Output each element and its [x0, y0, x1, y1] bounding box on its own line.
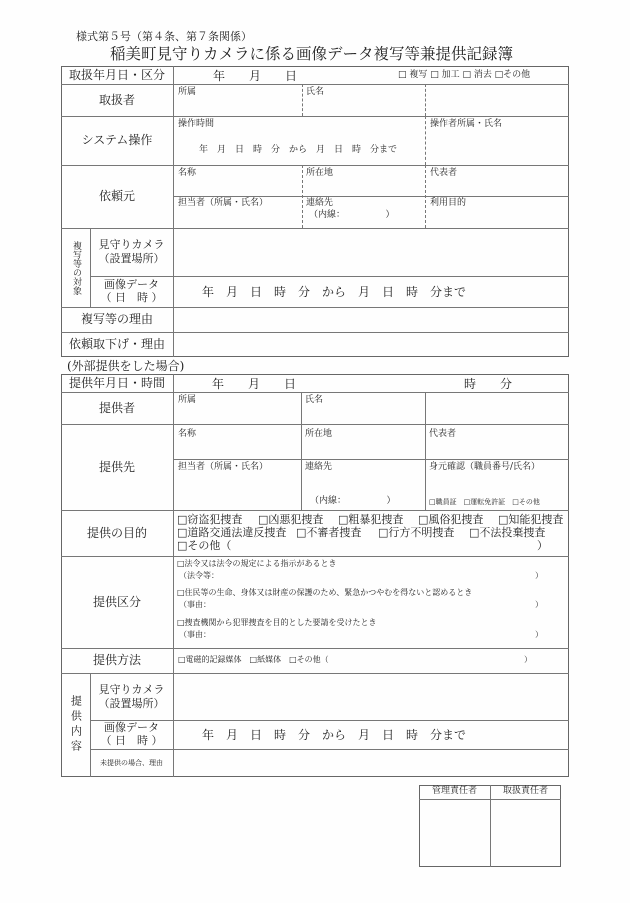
recipient-rep-field[interactable]: 代表者: [429, 430, 456, 439]
withdraw-reason-label: 依頼取下げ・理由: [61, 332, 173, 357]
handler-manager-label: 取扱責任者: [490, 785, 561, 799]
purpose-other-option[interactable]: □その他（: [177, 540, 231, 551]
purpose-option[interactable]: □粗暴犯捜査: [338, 514, 403, 525]
image-label-line1: 画像データ: [104, 722, 159, 734]
category-investigation-detail[interactable]: （事由：: [179, 631, 211, 639]
category-law-detail[interactable]: （法令等：: [179, 572, 219, 580]
requester-purpose-field[interactable]: 利用目的: [430, 199, 466, 208]
requester-rep-field[interactable]: 代表者: [430, 169, 457, 178]
recipient-label: 提供先: [61, 424, 173, 510]
camera-label-line1: 見守りカメラ: [99, 238, 165, 252]
copy-target-label: 複写等の対象: [61, 228, 90, 307]
external-provision-note: (外部提供をした場合): [67, 360, 184, 372]
requester-person-field[interactable]: 担当者（所属・氏名）: [178, 199, 268, 208]
recipient-id-options[interactable]: □職員証 □運転免許証 □その他: [429, 499, 540, 506]
purpose-option[interactable]: □知能犯捜査: [498, 514, 563, 525]
recipient-location-field[interactable]: 所在地: [305, 430, 332, 439]
provision-time-field[interactable]: 時 分: [464, 378, 512, 390]
handler-name-field[interactable]: 氏名: [306, 88, 324, 97]
provision-date-field[interactable]: 年 月 日: [212, 378, 296, 390]
paren-close: ）: [524, 656, 532, 664]
manager-seal-area[interactable]: [420, 800, 490, 866]
image-label-line2: （ 日 時 ）: [101, 292, 163, 304]
purpose-label: 提供の目的: [61, 510, 173, 556]
category-option-investigation[interactable]: □捜査機関から犯罪捜査を目的とした要請を受けたとき: [177, 619, 377, 627]
camera-label-line2: （設置場所）: [99, 697, 165, 711]
recipient-extension-field[interactable]: （内線： ）: [310, 497, 396, 506]
recipient-person-field[interactable]: 担当者（所属・氏名）: [178, 463, 268, 472]
camera-label-line2: （設置場所）: [99, 252, 165, 266]
purpose-option[interactable]: □風俗犯捜査: [418, 514, 483, 525]
form-number: 様式第５号（第４条、第７条関係）: [76, 31, 252, 42]
category-option-emergency[interactable]: □住民等の生命、身体又は財産の保護のため、緊急かつやむを得ないと認めるとき: [177, 589, 472, 597]
manager-label: 管理責任者: [419, 785, 490, 799]
recipient-name-field[interactable]: 名称: [178, 430, 196, 439]
image-label-line1: 画像データ: [104, 279, 159, 291]
operator-field[interactable]: 操作者所属・氏名: [430, 120, 502, 129]
handler-affiliation-field[interactable]: 所属: [178, 88, 196, 97]
date-category-label: 取扱年月日・区分: [61, 66, 173, 84]
recipient-contact-field[interactable]: 連絡先: [305, 463, 332, 472]
provider-name-field[interactable]: 氏名: [305, 396, 323, 405]
handler-label: 取扱者: [61, 84, 173, 116]
paren-close: ）: [535, 572, 543, 580]
provided-image-range[interactable]: 年 月 日 時 分 から 月 日 時 分まで: [202, 729, 466, 741]
purpose-option[interactable]: □不審者捜査: [296, 527, 361, 538]
camera-label: 見守りカメラ （設置場所）: [90, 228, 173, 276]
provision-content-label: 提供内容: [61, 673, 90, 777]
requester-contact-field[interactable]: 連絡先: [306, 199, 333, 208]
image-data-label: 画像データ （ 日 時 ）: [90, 276, 173, 307]
paren-close: ）: [537, 540, 548, 551]
copy-reason-label: 複写等の理由: [61, 307, 173, 332]
purpose-option[interactable]: □行方不明捜査: [378, 527, 454, 538]
purpose-option[interactable]: □道路交通法違反捜査: [177, 527, 286, 538]
purpose-option[interactable]: □窃盗犯捜査: [177, 514, 242, 525]
paren-close: ）: [535, 631, 543, 639]
requester-location-field[interactable]: 所在地: [306, 169, 333, 178]
system-operation-label: システム操作: [61, 116, 173, 165]
category-option-law[interactable]: □法令又は法令の規定による指示があるとき: [177, 560, 337, 568]
purpose-option[interactable]: □不法投棄捜査: [469, 527, 545, 538]
requester-label: 依頼元: [61, 165, 173, 228]
requester-name-field[interactable]: 名称: [178, 169, 196, 178]
provider-label: 提供者: [61, 392, 173, 424]
image-data-range[interactable]: 年 月 日 時 分 から 月 日 時 分まで: [202, 286, 466, 298]
provision-category-label: 提供区分: [61, 556, 173, 648]
date-field[interactable]: 年 月 日: [213, 70, 297, 82]
provision-date-label: 提供年月日・時間: [61, 374, 173, 392]
requester-extension-field[interactable]: （内線： ）: [309, 211, 395, 220]
purpose-option[interactable]: □凶悪犯捜査: [258, 514, 323, 525]
provider-affiliation-field[interactable]: 所属: [178, 396, 196, 405]
camera-label-line1: 見守りカメラ: [99, 683, 165, 697]
not-provided-reason-label: 未提供の場合、理由: [90, 749, 173, 777]
category-checkboxes[interactable]: □ 複写 □ 加工 □ 消去 □その他: [398, 71, 530, 80]
page-title: 稲美町見守りカメラに係る画像データ複写等兼提供記録簿: [110, 47, 513, 63]
handler-seal-area[interactable]: [491, 800, 561, 866]
image-label-line2: （ 日 時 ）: [101, 735, 163, 747]
paren-close: ）: [535, 601, 543, 609]
camera-label: 見守りカメラ （設置場所）: [90, 673, 173, 720]
method-options[interactable]: □電磁的記録媒体 □紙媒体 □その他（: [178, 656, 329, 664]
recipient-id-check-field[interactable]: 身元確認（職員番号/氏名）: [429, 463, 540, 472]
operation-time-range[interactable]: 年 月 日 時 分 から 月 日 時 分まで: [199, 146, 397, 155]
image-data-label: 画像データ （ 日 時 ）: [90, 720, 173, 749]
category-emergency-detail[interactable]: （事由：: [179, 601, 211, 609]
operation-time-label: 操作時間: [178, 120, 214, 129]
provision-method-label: 提供方法: [61, 648, 173, 673]
